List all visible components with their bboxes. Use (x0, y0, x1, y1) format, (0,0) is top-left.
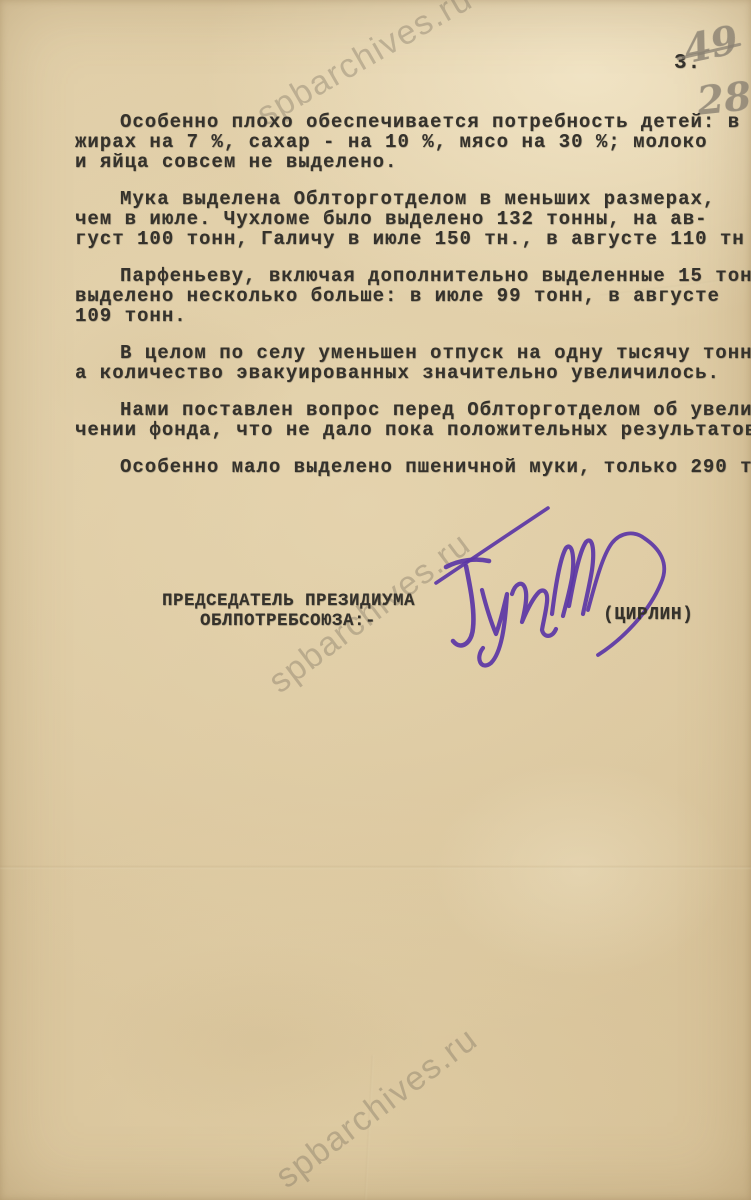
document-body: Особенно плохо обеспечивается потребност… (75, 112, 751, 494)
typed-line: В целом по селу уменьшен отпуск на одну … (75, 343, 751, 363)
typed-line: Мука выделена Облторготделом в меньших р… (75, 189, 751, 209)
typed-line: жирах на 7 %, сахар - на 10 %, мясо на 3… (75, 132, 751, 152)
typed-line: густ 100 тонн, Галичу в июле 150 тн., в … (75, 229, 751, 249)
typed-line: а количество эвакуированных значительно … (75, 363, 751, 383)
paper-blotch (430, 760, 730, 980)
typed-line: ОБЛПОТРЕБСОЮЗА:- (162, 611, 415, 631)
signature-title: ПРЕДСЕДАТЕЛЬ ПРЕЗИДИУМА ОБЛПОТРЕБСОЮЗА:- (162, 591, 415, 631)
scanned-document-page: spbarchives.ru spbarchives.ru spbarchive… (0, 0, 751, 1200)
typed-line: выделено несколько больше: в июле 99 тон… (75, 286, 751, 306)
paper-crease-horizontal (0, 866, 751, 869)
paragraph: Нами поставлен вопрос перед Облторготдел… (75, 400, 751, 440)
paragraph: Мука выделена Облторготделом в меньших р… (75, 189, 751, 249)
paragraph: В целом по селу уменьшен отпуск на одну … (75, 343, 751, 383)
signer-name: (ЦИРЛИН) (603, 605, 693, 625)
paragraph: Особенно мало выделено пшеничной муки, т… (75, 457, 751, 477)
typed-line: чем в июле. Чухломе было выделено 132 то… (75, 209, 751, 229)
typed-line: Особенно мало выделено пшеничной муки, т… (75, 457, 751, 477)
paper-crease-vertical (364, 1055, 374, 1200)
typed-line: Особенно плохо обеспечивается потребност… (75, 112, 751, 132)
paragraph: Парфеньеву, включая дополнительно выделе… (75, 266, 751, 326)
handwritten-signature (392, 482, 692, 682)
typed-line: чении фонда, что не дало пока положитель… (75, 420, 751, 440)
paragraph: Особенно плохо обеспечивается потребност… (75, 112, 751, 172)
paper-blotch (90, 940, 430, 1140)
typed-line: Парфеньеву, включая дополнительно выделе… (75, 266, 751, 286)
archive-watermark: spbarchives.ru (269, 1020, 486, 1197)
typed-line: ПРЕДСЕДАТЕЛЬ ПРЕЗИДИУМА (162, 591, 415, 611)
typed-line: 109 тонн. (75, 306, 751, 326)
typed-line: и яйца совсем не выделено. (75, 152, 751, 172)
typed-line: Нами поставлен вопрос перед Облторготдел… (75, 400, 751, 420)
